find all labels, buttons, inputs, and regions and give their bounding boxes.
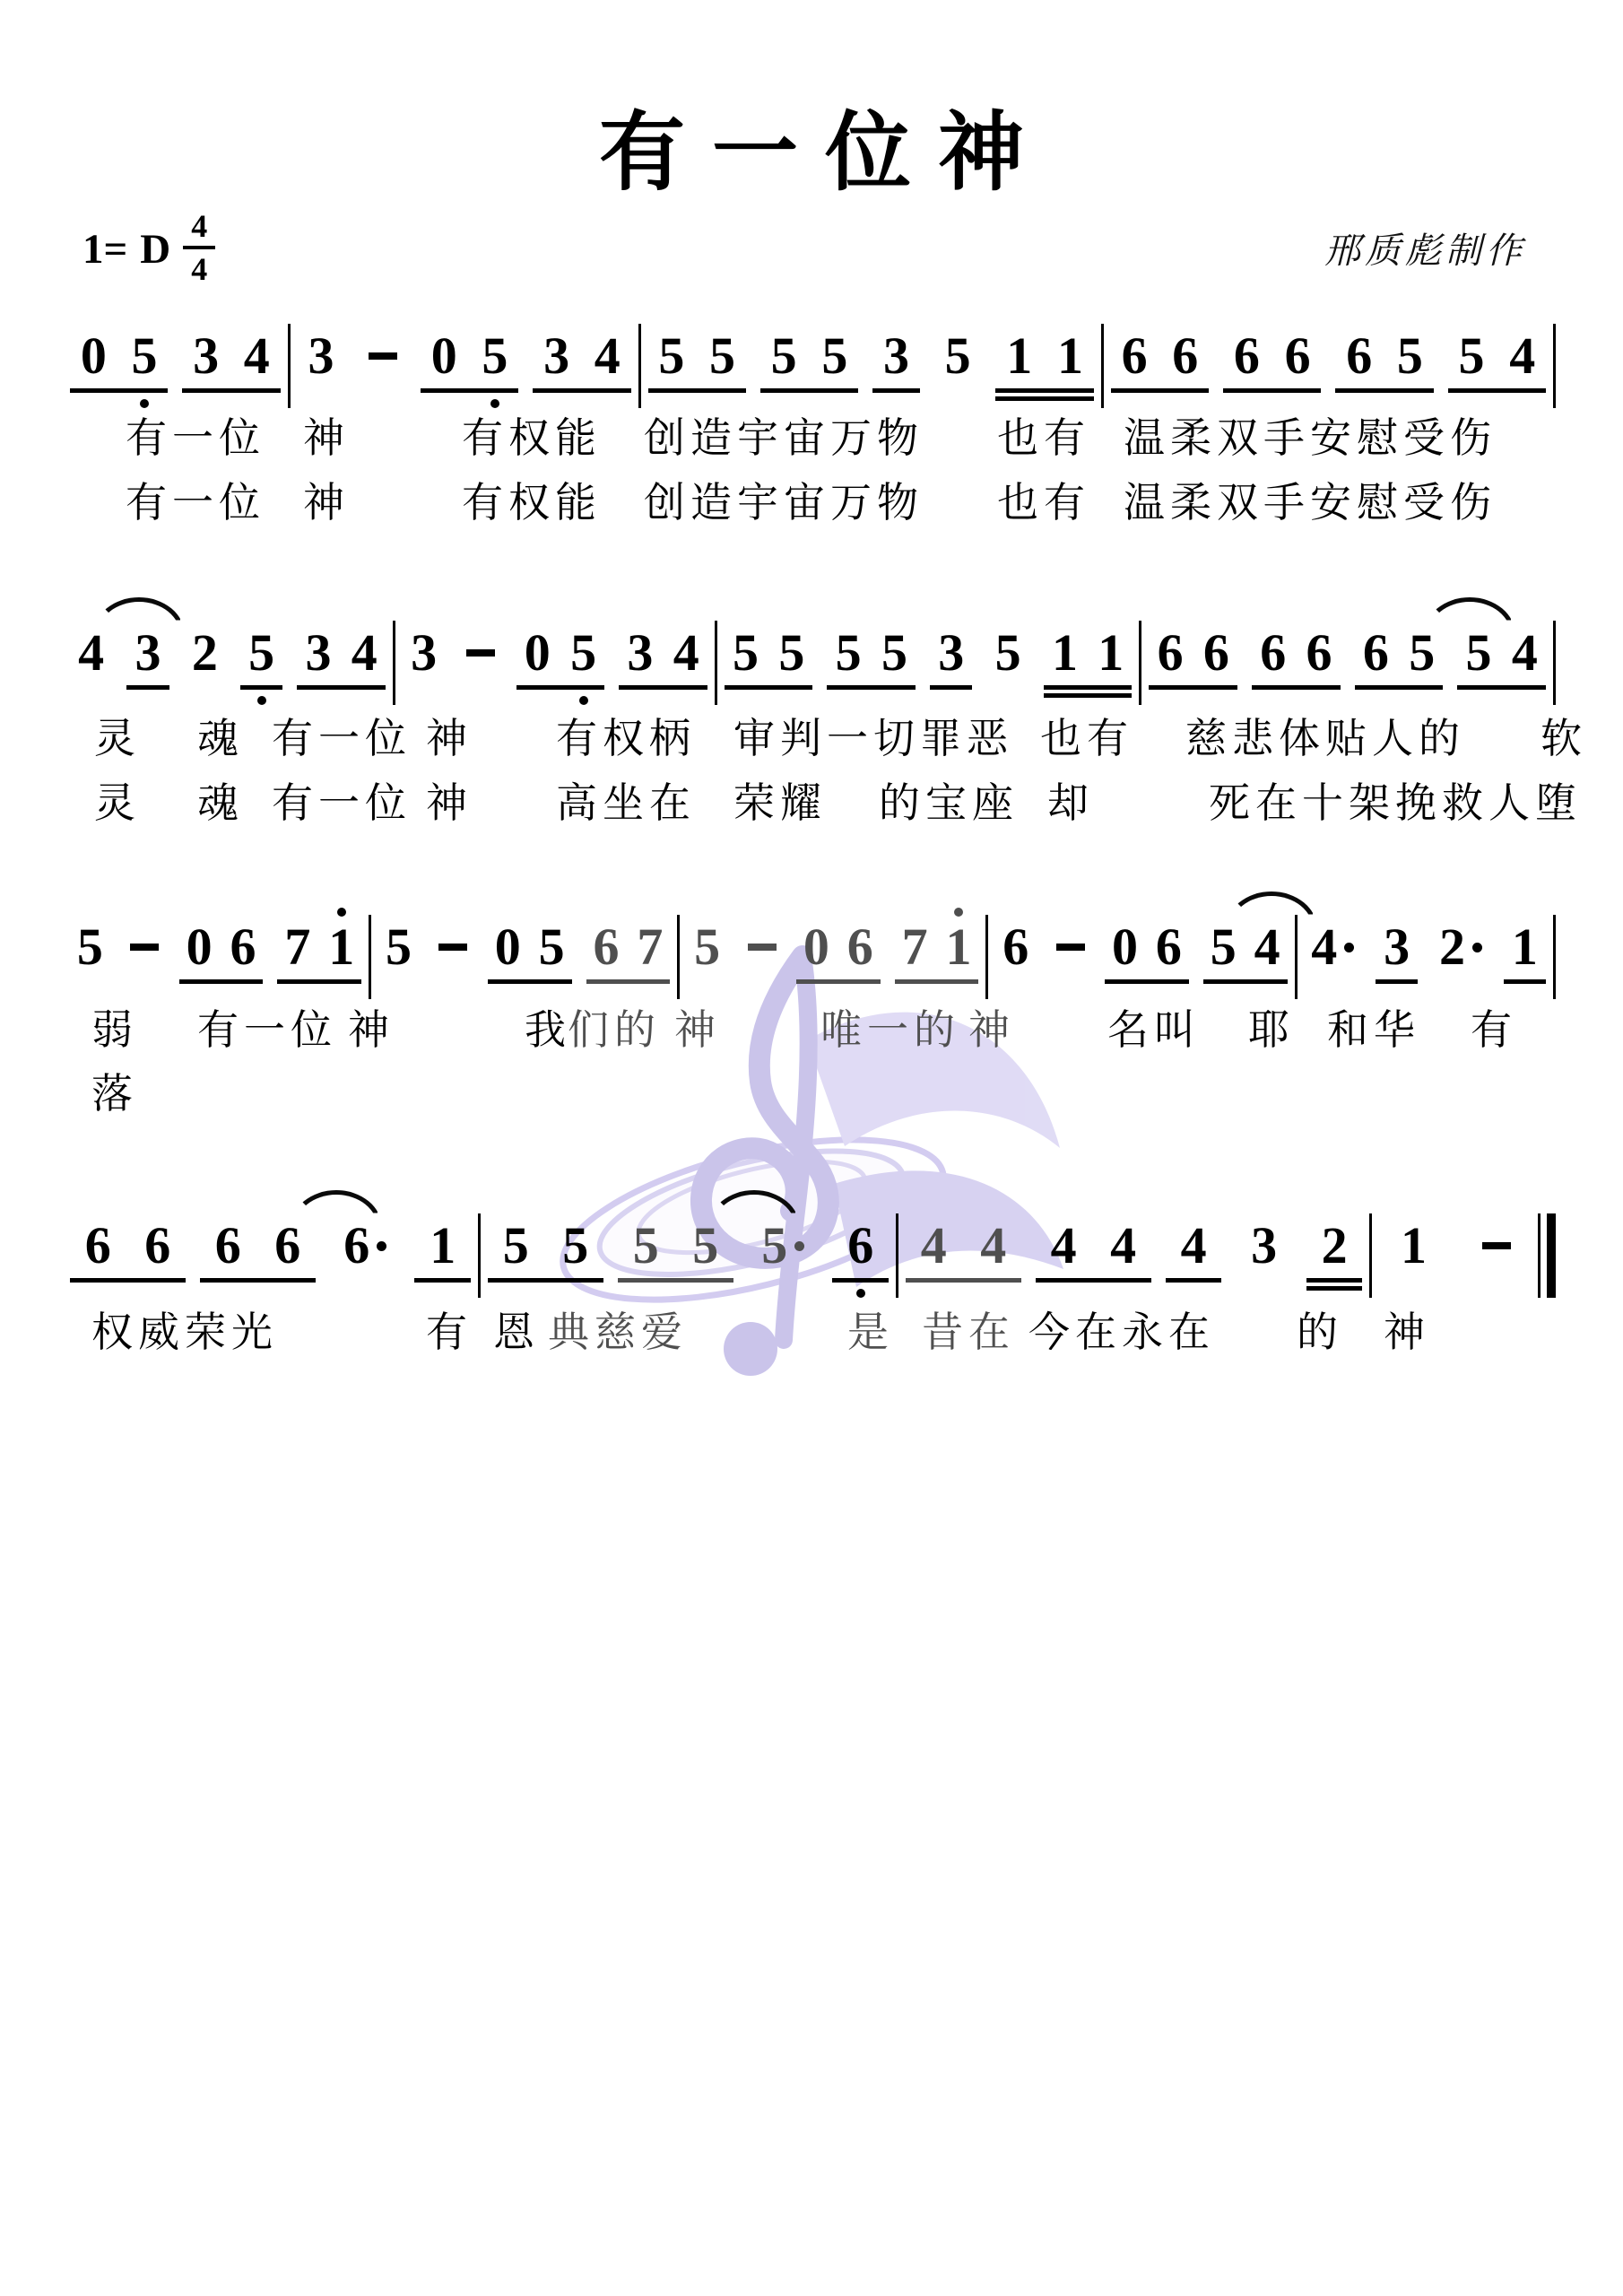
lyric-segment: 今在永在 [1028, 1300, 1215, 1359]
digit-glyph: 1 [1052, 626, 1078, 680]
note-digit: 5 [836, 626, 862, 680]
digit-glyph: 7 [902, 920, 928, 974]
note-digit: 4 [595, 329, 621, 383]
key-prefix: 1= [82, 225, 127, 274]
lyric-segment: 神 [1384, 1300, 1430, 1359]
beam-group: 3 [865, 306, 927, 383]
note-token: 6 [1333, 306, 1384, 383]
note-token: 4 [904, 1196, 964, 1273]
dash-note [438, 920, 467, 974]
music-system: 0534305345555351166666554 [63, 306, 1556, 408]
lyric-segment: 慈悲体贴人的 [1185, 706, 1465, 765]
beam-group: 5 [927, 306, 989, 383]
note-token: 2 [1430, 897, 1490, 974]
music-system: 506715056750671606544321 [63, 897, 1556, 999]
fraction-bar [183, 246, 215, 249]
beam-group [1043, 897, 1098, 974]
note-token [431, 897, 475, 974]
note-token: 4 [1164, 1196, 1224, 1273]
digit-glyph: 5 [570, 626, 596, 680]
note-token: 4 [1034, 1196, 1094, 1273]
beam-group: 71 [270, 897, 369, 974]
digit-glyph: 1 [1006, 329, 1032, 383]
beam-group: 5 [233, 603, 290, 680]
dash-bar [438, 944, 467, 951]
measure: 50671 [680, 897, 985, 974]
measure: 55553511 [717, 603, 1140, 680]
beam-group: 06 [789, 897, 888, 974]
digit-glyph: 6 [847, 1219, 873, 1273]
note-token: 4 [1497, 306, 1548, 383]
note-digit: 5 [778, 626, 804, 680]
lyric-segment: 权威荣光 [91, 1300, 278, 1359]
end-barline [1553, 621, 1556, 705]
note-digit: 7 [902, 920, 928, 974]
lyric-segment: 有权柄 [556, 706, 696, 765]
beam-group: 66 [1104, 306, 1216, 383]
note-token: 5 [616, 1196, 676, 1273]
lyric-segment: 也有 [1040, 706, 1133, 765]
beam-group: 2 [1425, 897, 1496, 974]
note-token: 4 [963, 1196, 1023, 1273]
note-digit: 7 [284, 920, 310, 974]
beam-group: 34 [175, 306, 287, 383]
beam-group: 06 [1098, 897, 1196, 974]
note-digit: 5 [386, 920, 412, 974]
note-token: 5 [486, 1196, 546, 1273]
note-token: 6 [221, 897, 265, 974]
note-token: 6 [585, 897, 629, 974]
augmentation-dot [377, 1241, 386, 1251]
note-digit: 3 [543, 329, 569, 383]
beam-group: 5 [680, 897, 734, 974]
lyric-segment: 创造宇宙万物 [644, 405, 924, 465]
measure: 60654 [988, 897, 1294, 974]
digit-glyph: 4 [1110, 1219, 1136, 1273]
note-digit: 6 [1306, 626, 1332, 680]
note-token: 5 [647, 306, 698, 383]
digit-glyph: 4 [1181, 1219, 1207, 1273]
digit-glyph: 1 [430, 1219, 456, 1273]
note-digit: 0 [495, 920, 521, 974]
note-token: 5 [239, 603, 284, 680]
key-letter: D [140, 225, 170, 274]
digit-glyph: 4 [244, 329, 270, 383]
note-token: 3 [617, 603, 663, 680]
low-octave-dot [856, 1289, 865, 1298]
note-digit: 3 [883, 329, 909, 383]
measure: 66666554 [1141, 603, 1553, 680]
dash-note [130, 920, 159, 974]
note-digit: 5 [1397, 329, 1423, 383]
note-digit: 7 [637, 920, 663, 974]
note-token: 0 [419, 306, 470, 383]
music-system: 432534305345555351166666554 [63, 603, 1556, 705]
digit-glyph: 6 [1234, 329, 1260, 383]
digit-glyph: 4 [595, 329, 621, 383]
digit-glyph: 6 [1260, 626, 1286, 680]
note-digit: 6 [1158, 626, 1184, 680]
beam-group [426, 897, 481, 974]
digit-glyph: 5 [771, 329, 797, 383]
lyric-segment: 名叫 [1107, 997, 1201, 1057]
time-numerator: 4 [191, 210, 207, 242]
measure: 1 [1372, 1196, 1538, 1273]
note-token: 5 [470, 306, 521, 383]
lyric-segment: 灵 [94, 770, 141, 830]
digit-glyph: 6 [1285, 329, 1311, 383]
dash-note [466, 626, 495, 680]
beam-group: 3 [923, 603, 979, 680]
beam-group: 65 [1348, 603, 1451, 680]
digit-glyph: 5 [995, 626, 1021, 680]
note-token: 5 [723, 603, 768, 680]
note-digit: 0 [81, 329, 107, 383]
note-token: 7 [628, 897, 672, 974]
beam-group: 4 [1159, 1196, 1229, 1273]
digit-glyph: 5 [836, 626, 862, 680]
lyric-row: 落 [0, 1061, 1623, 1109]
lyric-segment: 是 [847, 1300, 894, 1359]
note-token: 5 [1399, 603, 1445, 680]
beam-group: 54 [1196, 897, 1295, 974]
digit-glyph: 1 [1401, 1219, 1427, 1273]
note-token: 5 [119, 306, 170, 383]
note-token [457, 603, 503, 680]
digit-glyph: 6 [847, 920, 873, 974]
note-token: 3 [871, 306, 922, 383]
lyric-segment: 弱 [91, 997, 138, 1057]
note-token: 4 [231, 306, 282, 383]
measure: 30534 [291, 306, 638, 383]
digit-glyph: 3 [411, 626, 437, 680]
dash-bar [369, 352, 397, 360]
lyric-segment: 审判一切罪恶 [733, 706, 1013, 765]
note-token: 4 [1303, 897, 1363, 974]
beam-group: 1 [1497, 897, 1553, 974]
note-digit: 5 [77, 920, 103, 974]
measure: 0534 [63, 306, 288, 383]
note-digit: 6 [1156, 920, 1182, 974]
note-token: 6 [1159, 306, 1211, 383]
final-thick-barline [1547, 1213, 1556, 1298]
note-digit: 1 [1098, 626, 1124, 680]
note-digit: 6 [1203, 626, 1229, 680]
note-digit: 5 [881, 626, 907, 680]
digit-glyph: 6 [1363, 626, 1389, 680]
beam-group: 3 [1228, 1196, 1299, 1273]
lyric-row: 有一位神有权能创造宇宙万物也有温柔双手安慰受伤 [0, 470, 1623, 518]
lyric-segment: 神 [303, 470, 350, 529]
note-digit: 0 [803, 920, 829, 974]
note-token: 6 [1221, 306, 1272, 383]
beam-group: 55 [481, 1196, 611, 1273]
note-token: 7 [275, 897, 319, 974]
note-digit: 5 [633, 1219, 659, 1273]
note-token: 5 [1384, 306, 1436, 383]
beam-group: 55 [820, 603, 923, 680]
note-digit: 1 [1052, 626, 1078, 680]
note-digit: 6 [1285, 329, 1311, 383]
measure: 50567 [371, 897, 677, 974]
note-digit: 3 [193, 329, 219, 383]
lyric-segment: 典慈爱 [548, 1300, 688, 1359]
digit-glyph: 3 [1251, 1219, 1277, 1273]
lyric-segment: 们的 [568, 997, 661, 1057]
digit-glyph: 6 [144, 1219, 170, 1273]
note-token: 0 [486, 897, 530, 974]
note-token: 5 [68, 897, 112, 974]
lyric-segment: 恩 [493, 1300, 540, 1359]
digit-glyph: 0 [431, 329, 457, 383]
lyric-segment: 温柔双手安慰受伤 [1124, 470, 1497, 529]
note-digit: 0 [1112, 920, 1138, 974]
note-token [1048, 897, 1092, 974]
lyric-segment: 却 [1047, 770, 1094, 830]
digit-glyph: 6 [1346, 329, 1372, 383]
digit-glyph: 4 [1512, 626, 1538, 680]
note-token: 6 [838, 897, 882, 974]
digit-glyph: 6 [593, 920, 619, 974]
digit-glyph: 5 [386, 920, 412, 974]
note-digit: 4 [1051, 1219, 1077, 1273]
lyric-segment: 耶 [1248, 997, 1295, 1057]
beam-group: 55 [753, 306, 865, 383]
note-token: 3 [401, 603, 447, 680]
dash-note [748, 920, 777, 974]
lyric-segment: 的宝座 [879, 770, 1019, 830]
dash-bar [748, 944, 777, 951]
beam-group: 1 [407, 1196, 478, 1273]
lyric-segment: 有一位 [272, 706, 412, 765]
digit-glyph: 3 [627, 626, 653, 680]
note-digit: 3 [1384, 920, 1410, 974]
beam-group: 3 [395, 603, 452, 680]
digit-glyph: 2 [1322, 1219, 1348, 1273]
digit-glyph: 5 [945, 329, 971, 383]
note-token: 5 [933, 306, 984, 383]
note-digit: 6 [1122, 329, 1148, 383]
digit-glyph: 1 [1057, 329, 1083, 383]
sheet-page: 有一位神 1= D 4 4 邢质彪制作 05343053455553511666… [0, 0, 1623, 2296]
lyric-segment: 落 [91, 1061, 138, 1120]
lyric-row: 灵魂有一位神有权柄审判一切罪恶也有慈悲体贴人的软 [0, 706, 1623, 754]
measure: 4444432 [898, 1196, 1369, 1273]
note-digit: 4 [1110, 1219, 1136, 1273]
digit-glyph: 5 [658, 329, 684, 383]
digit-glyph: 4 [673, 626, 699, 680]
note-token [357, 306, 408, 383]
beam-group: 66 [193, 1196, 323, 1273]
measure: 666661 [63, 1196, 478, 1273]
end-barline [1553, 915, 1556, 999]
beam-group: 6 [825, 1196, 896, 1273]
digit-glyph: 5 [694, 920, 720, 974]
lyric-segment: 神 [426, 706, 473, 765]
lyric-segment: 灵 [94, 706, 141, 765]
beam-group: 3 [1368, 897, 1425, 974]
digit-glyph: 5 [821, 329, 847, 383]
digit-glyph: 7 [284, 920, 310, 974]
digit-glyph: 3 [193, 329, 219, 383]
note-token: 7 [893, 897, 937, 974]
beam-group: 71 [888, 897, 986, 974]
high-octave-dot [337, 908, 346, 917]
note-digit: 4 [673, 626, 699, 680]
lyric-row: 有一位神有权能创造宇宙万物也有温柔双手安慰受伤 [0, 405, 1623, 454]
beam-group: 05 [63, 306, 175, 383]
note-digit: 1 [945, 920, 971, 974]
note-digit: 4 [1512, 626, 1538, 680]
lyric-segment: 的 [1297, 1300, 1343, 1359]
note-digit: 5 [482, 329, 508, 383]
note-token: 6 [1296, 603, 1341, 680]
note-digit: 2 [192, 626, 218, 680]
note-digit: 1 [1006, 329, 1032, 383]
note-token: 6 [1193, 603, 1239, 680]
note-digit: 6 [85, 1219, 111, 1273]
measure: 432534 [63, 603, 393, 680]
note-digit: 5 [1459, 329, 1485, 383]
note-digit: 2 [1439, 920, 1482, 974]
lyric-segment: 神 [426, 770, 473, 830]
dash-note [369, 329, 397, 383]
note-digit: 6 [847, 920, 873, 974]
dash-bar [1056, 944, 1085, 951]
note-token [123, 897, 167, 974]
digit-glyph: 5 [503, 1219, 529, 1273]
beam-group: 65 [1328, 306, 1440, 383]
note-token: 5 [545, 1196, 605, 1273]
note-digit: 1 [1401, 1219, 1427, 1273]
digit-glyph: 2 [1439, 920, 1465, 974]
note-token: 0 [515, 603, 560, 680]
digit-glyph: 6 [85, 1219, 111, 1273]
note-digit: 4 [1311, 920, 1354, 974]
beam-group: 05 [509, 603, 612, 680]
note-token: 6 [994, 897, 1037, 974]
note-digit: 5 [771, 329, 797, 383]
beam-group: 67 [579, 897, 678, 974]
note-token: 4 [1093, 1196, 1153, 1273]
note-digit: 3 [627, 626, 653, 680]
note-token: 5 [697, 306, 748, 383]
note-digit: 5 [248, 626, 274, 680]
dash-note [1056, 920, 1085, 974]
note-token: 1 [937, 897, 981, 974]
note-digit: 6 [1346, 329, 1372, 383]
note-digit: 3 [1251, 1219, 1277, 1273]
note-token: 5 [675, 1196, 735, 1273]
note-digit: 6 [144, 1219, 170, 1273]
measure: 55553511 [641, 306, 1101, 383]
beam-group: 06 [172, 897, 271, 974]
low-octave-dot [579, 696, 588, 705]
digit-glyph: 5 [733, 626, 759, 680]
beam-group: 11 [1037, 603, 1140, 680]
digit-glyph: 5 [778, 626, 804, 680]
digit-glyph: 6 [1158, 626, 1184, 680]
lyric-segment: 昔在 [922, 1300, 1015, 1359]
song-title: 有一位神 [0, 84, 1623, 207]
digit-glyph: 5 [131, 329, 157, 383]
note-token: 5 [768, 603, 814, 680]
note-digit: 2 [1322, 1219, 1348, 1273]
beam-group: 11 [988, 306, 1100, 383]
lyric-segment: 高坐在 [556, 770, 696, 830]
lyric-segment: 有 [1471, 997, 1517, 1057]
note-token: 0 [178, 897, 221, 974]
digit-glyph: 0 [187, 920, 213, 974]
digit-glyph: 1 [1512, 920, 1538, 974]
note-digit: 5 [694, 920, 720, 974]
note-digit: 6 [1260, 626, 1286, 680]
digit-glyph: 6 [1156, 920, 1182, 974]
digit-glyph: 4 [921, 1219, 947, 1273]
note-token [1461, 1196, 1532, 1273]
beam-group: 55 [641, 306, 753, 383]
note-digit: 5 [945, 329, 971, 383]
lyric-segment: 神 [348, 997, 395, 1057]
note-token: 0 [68, 306, 119, 383]
beam-group: 1 [1372, 1196, 1454, 1273]
note-digit: 0 [187, 920, 213, 974]
arranger-credit: 邢质彪制作 [1324, 222, 1526, 274]
digit-glyph: 5 [1459, 329, 1485, 383]
beam-group: 5 [63, 897, 117, 974]
note-token: 5 [759, 306, 810, 383]
digit-glyph: 5 [562, 1219, 588, 1273]
note-digit: 6 [1363, 626, 1389, 680]
low-octave-dot [257, 696, 266, 705]
end-barline [1538, 1213, 1541, 1298]
digit-glyph: 3 [1384, 920, 1410, 974]
note-digit: 3 [411, 626, 437, 680]
note-token: 6 [830, 1196, 890, 1273]
note-digit: 5 [821, 329, 847, 383]
beam-group [1455, 1196, 1538, 1273]
note-token [740, 897, 784, 974]
lyric-segment: 神 [303, 405, 350, 465]
note-token: 0 [1103, 897, 1147, 974]
note-token: 4 [582, 306, 633, 383]
beam-group: 44 [898, 1196, 1028, 1273]
beam-group [117, 897, 172, 974]
note-digit: 3 [938, 626, 964, 680]
digit-glyph: 6 [215, 1219, 241, 1273]
note-token: 3 [1374, 897, 1419, 974]
digit-glyph: 3 [305, 626, 331, 680]
digit-glyph: 5 [539, 920, 565, 974]
note-digit: 4 [1509, 329, 1535, 383]
dash-bar [466, 649, 495, 657]
beam-group [352, 306, 413, 383]
note-token: 5 [825, 603, 871, 680]
note-digit: 1 [1057, 329, 1083, 383]
beam-group: 34 [612, 603, 715, 680]
note-digit: 5 [709, 329, 735, 383]
digit-glyph: 3 [543, 329, 569, 383]
note-digit: 6 [1172, 329, 1198, 383]
note-digit: 5 [503, 1219, 529, 1273]
note-digit: 4 [244, 329, 270, 383]
digit-glyph: 0 [1112, 920, 1138, 974]
note-token: 5 [872, 603, 917, 680]
note-digit: 5 [570, 626, 596, 680]
measure: 50671 [63, 897, 369, 974]
beam-group: 3 [291, 306, 352, 383]
beam-group: 34 [525, 306, 638, 383]
